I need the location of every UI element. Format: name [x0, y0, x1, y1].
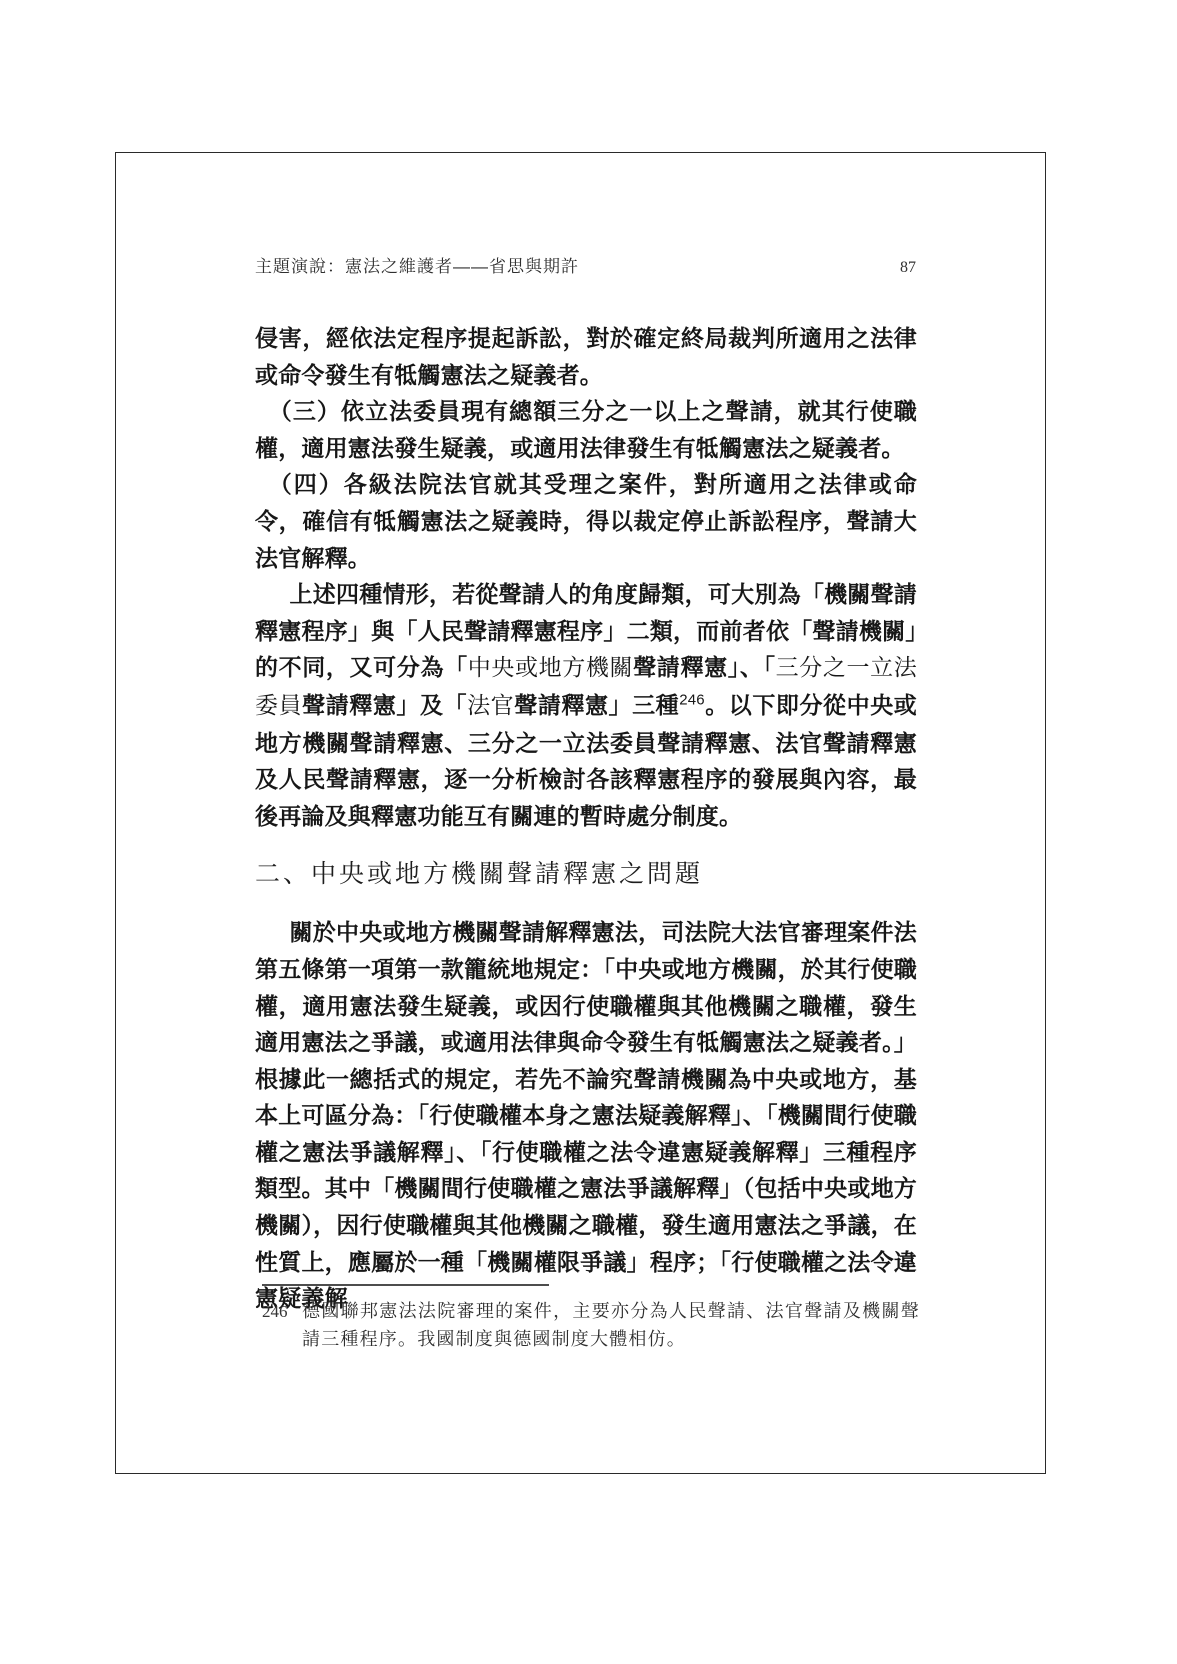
paragraph-item-three: （三）依立法委員現有總額三分之一以上之聲請，就其行使職權，適用憲法發生疑義，或適… — [255, 393, 917, 466]
text-run: 」三種 — [609, 692, 680, 718]
term-petition-interpretation: 聲請釋憲 — [514, 692, 608, 718]
footnote-text: 德國聯邦憲法法院審理的案件，主要亦分為人民聲請、法官聲請及機關聲請三種程序。我國… — [302, 1301, 920, 1349]
footnote: 246 德國聯邦憲法法院審理的案件，主要亦分為人民聲請、法官聲請及機關聲請三種程… — [262, 1297, 920, 1353]
running-header: 主題演說：憲法之維護者——省思與期許 87 — [255, 252, 916, 277]
paragraph-item-four: （四）各級法院法官就其受理之案件，對所適用之法律或命令，確信有牴觸憲法之疑義時，… — [255, 466, 917, 576]
text-run: 」、「 — [728, 654, 776, 680]
footnote-separator-rule — [262, 1284, 549, 1286]
term-petition-interpretation: 聲請釋憲 — [633, 654, 728, 680]
paragraph-summary: 上述四種情形，若從聲請人的角度歸類，可大別為「機關聲請釋憲程序」與「人民聲請釋憲… — [255, 576, 917, 834]
footnote-reference-246: 246 — [679, 691, 705, 708]
footnote-number: 246 — [262, 1298, 288, 1326]
header-title: 主題演說：憲法之維護者——省思與期許 — [255, 252, 579, 277]
paragraph-continuation: 侵害，經依法定程序提起訴訟，對於確定終局裁判所適用之法律或命令發生有牴觸憲法之疑… — [255, 320, 917, 393]
text-run: 」及「 — [396, 692, 467, 718]
page-number: 87 — [900, 259, 916, 277]
section-heading: 二、中央或地方機關聲請釋憲之問題 — [255, 855, 917, 895]
term-central-local-agency: 中央或地方機關 — [468, 655, 633, 680]
body-text: 侵害，經依法定程序提起訴訟，對於確定終局裁判所適用之法律或命令發生有牴觸憲法之疑… — [255, 320, 917, 1317]
term-judges: 法官 — [467, 693, 514, 718]
paragraph-section-two: 關於中央或地方機關聲請解釋憲法，司法院大法官審理案件法第五條第一項第一款籠統地規… — [255, 914, 917, 1317]
term-petition-interpretation: 聲請釋憲 — [302, 692, 396, 718]
